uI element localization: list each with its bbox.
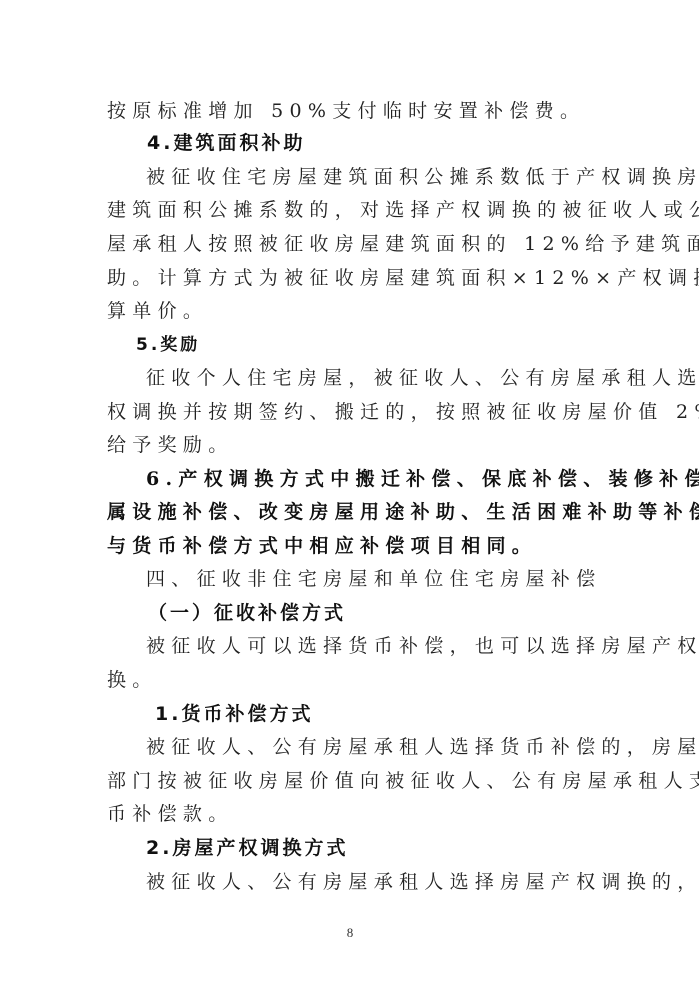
paragraph-line: 被征收人、公有房屋承租人选择房屋产权调换的，由房 [146,870,592,894]
paragraph-line: 被征收人可以选择货币补偿，也可以选择房屋产权调 [146,634,592,658]
paragraph-line: 助。计算方式为被征收房屋建筑面积×12%×产权调换房屋结 [107,266,591,290]
page-number: 8 [344,925,356,941]
chapter-heading-non-residential: 四、征收非住宅房屋和单位住宅房屋补偿 [146,567,592,591]
paragraph-line: 算单价。 [107,299,591,323]
section-heading-property-exchange: 2.房屋产权调换方式 [146,836,630,860]
paragraph-line: 给予奖励。 [107,433,591,457]
paragraph-line: 币补偿款。 [107,802,591,826]
paragraph-line: 征收个人住宅房屋，被征收人、公有房屋承租人选择产 [146,366,592,390]
bold-paragraph-line: 6.产权调换方式中搬迁补偿、保底补偿、装修补偿、附 [146,467,592,491]
document-page: 按原标准增加 50%支付临时安置补偿费。 4.建筑面积补助 被征收住宅房屋建筑面… [0,0,699,990]
section-heading-reward: 5.奖励 [136,333,620,357]
paragraph-line: 被征收住宅房屋建筑面积公摊系数低于产权调换房屋 [146,165,592,189]
paragraph-line: 屋承租人按照被征收房屋建筑面积的 12%给予建筑面积补 [107,232,591,256]
section-heading-monetary-compensation: 1.货币补偿方式 [155,702,639,726]
paragraph-line: 部门按被征收房屋价值向被征收人、公有房屋承租人支付货 [107,769,591,793]
section-heading-building-area-subsidy: 4.建筑面积补助 [147,131,631,155]
subsection-heading-compensation-method: （一）征收补偿方式 [148,601,632,625]
paragraph-line: 按原标准增加 50%支付临时安置补偿费。 [107,99,591,123]
bold-paragraph-line: 与货币补偿方式中相应补偿项目相同。 [107,534,591,558]
bold-paragraph-line: 属设施补偿、改变房屋用途补助、生活困难补助等补偿项目 [107,500,591,524]
paragraph-line: 换。 [107,668,591,692]
paragraph-line: 权调换并按期签约、搬迁的，按照被征收房屋价值 2%的标准 [107,400,591,424]
paragraph-line: 被征收人、公有房屋承租人选择货币补偿的，房屋征收 [146,735,592,759]
paragraph-line: 建筑面积公摊系数的，对选择产权调换的被征收人或公有房 [107,198,591,222]
